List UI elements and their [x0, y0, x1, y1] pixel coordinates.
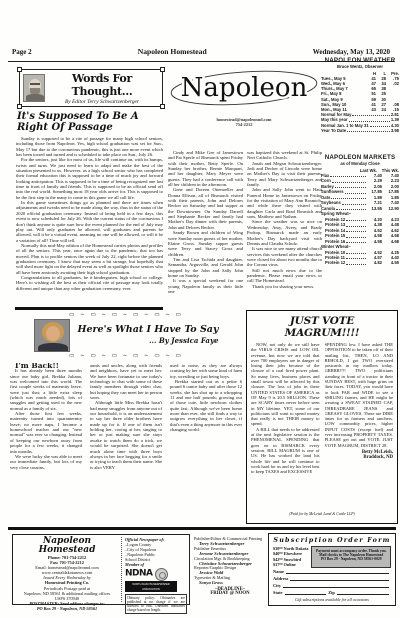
- news-item: Gene and Doreen Ottenoeller and Donna El…: [168, 187, 243, 230]
- weather-table: NAPOLEON WEATHER Bruce Wentz, Observer H…: [321, 57, 399, 133]
- article-body: Sunday is supposed to be a rite of passa…: [16, 136, 163, 304]
- box-corner-ornament: [17, 67, 22, 72]
- masthead-phone: 754-2212: [168, 122, 320, 127]
- markets-subtitle: as of Monday Close: [321, 161, 399, 166]
- ad-col1: NOW, not only do we still have the VIRUS…: [251, 342, 320, 510]
- column-title: Words For Thought...: [45, 72, 159, 98]
- community-news-col2: was baptized this weekend at St. Philip …: [247, 150, 322, 303]
- news-item: It was a special weekend for one young N…: [168, 278, 243, 294]
- paragraph: Normally this mid-May edition of the Hom…: [16, 243, 163, 275]
- obituary-policy: Obituary policy: Obituaries are publishe…: [125, 594, 187, 615]
- weather-title: NAPOLEON WEATHER: [321, 57, 399, 64]
- weather-observer: Bruce Wentz, Observer: [321, 64, 399, 69]
- ndna-logo: NDNA NORTH DAKOTA NEWSPAPER ASSOCIATION: [125, 568, 187, 592]
- state-zip-field: State Zip: [273, 589, 391, 596]
- jessica-feature: ▭ ∼ ▭ ∼ ▭ ∼ ▭ ∼ ▭ ∼ ▭ Here's What I Have…: [10, 312, 242, 515]
- feature-col1: I'm Back!! It has already been three mon…: [10, 363, 82, 515]
- magrum-political-ad: JUST VOTE MAGRUM!!!! NOW, not only do we…: [246, 310, 398, 524]
- paragraph: In this game sometimes things go as plan…: [16, 200, 163, 243]
- paragraph: Congratulations to all graduates, be it …: [16, 275, 163, 291]
- footer-paper-name: Napoleon Homestead: [15, 537, 119, 555]
- newspaper-title: Napoleon Homestead: [138, 47, 207, 56]
- markets-table: NAPOLEON MARKETS as of Monday Close Last…: [321, 154, 399, 266]
- press-association-seal-icon: [155, 568, 168, 581]
- feature-col3: used to noise, as they are always cruisi…: [170, 363, 242, 515]
- news-item: Thank you for sharing your news.: [247, 284, 322, 289]
- feature-byline: ... By Jessica Faye: [78, 336, 219, 347]
- column-byline: By Editor Terry Schwartzenberger: [45, 99, 159, 105]
- ad-title: JUST VOTE MAGRUM!!!!: [251, 315, 393, 339]
- page-header: Page 2 Napoleon Homestead Wednesday, May…: [12, 47, 390, 56]
- editor-photo: [23, 74, 45, 102]
- markets-title: NAPOLEON MARKETS: [321, 154, 399, 161]
- news-item: Jonah and Megan Schwartzenberger, Jodi a…: [247, 161, 322, 188]
- page-number: Page 2: [12, 48, 32, 56]
- city-field: City: [273, 582, 391, 589]
- mustache-border-decoration: ▭ ∼ ▭ ∼ ▭ ∼ ▭ ∼ ▭ ∼ ▭: [10, 353, 242, 359]
- news-item: was baptized this weekend at St. Philip …: [247, 150, 322, 161]
- footer-rule: [8, 527, 396, 530]
- staff-box: Publisher/Editor & Commercial Printing T…: [194, 537, 266, 597]
- jessica-photo: [34, 319, 70, 352]
- mustache-border-decoration: ▭ ∼ ▭ ∼ ▭ ∼ ▭ ∼ ▭ ∼ ▭: [10, 312, 242, 318]
- napoleon-logo-swoosh: Napoleon Napoleon: [168, 62, 320, 112]
- address-field: Address: [273, 575, 391, 582]
- gift-note: Gift subscriptions available for all occ…: [273, 597, 391, 602]
- box-corner-ornament: [160, 67, 165, 72]
- section-divider-rule: [15, 307, 163, 310]
- subscription-order-form: Subscription Order Form $30⁰⁰ North Dako…: [268, 533, 396, 606]
- ad-col2: SPENDING low. I have asked THE OPPOSITIO…: [325, 342, 394, 510]
- box-corner-ornament: [17, 104, 22, 109]
- subscription-title: Subscription Order Form: [273, 536, 391, 544]
- article-title: It's Supposed To Be A Right Of Passage: [17, 111, 163, 133]
- napoleon-logo-text: Napoleon: [181, 73, 308, 103]
- news-item: Still not much news due to the pandemic.…: [247, 268, 322, 284]
- news-item: Cindy and Mike Gee of Jamestown and Pat …: [168, 150, 243, 187]
- issue-date: Wednesday, May 13, 2020: [313, 48, 390, 56]
- news-item: Tim and Lisa Tschida and daughter, Saman…: [168, 257, 243, 278]
- feature-title: Here's What I Have To Say: [78, 325, 219, 336]
- box-corner-ornament: [160, 104, 165, 109]
- subscription-rates: $30⁰⁰ North Dakota $40⁰⁰ Elsewhere $42⁰⁰…: [273, 546, 308, 568]
- ad-paid-for-line: (Paid for by McLeish Land & Cattle LLP): [251, 512, 393, 516]
- masthead-info-box: Napoleon Homestead Phone: 701-754-2212 F…: [12, 534, 190, 605]
- paragraph: For the seniors, just like for most of u…: [16, 157, 163, 200]
- feature-col2: aunts and uncles, along with friends and…: [90, 363, 162, 515]
- words-for-thought-box: Words For Thought... By Editor Terry Sch…: [19, 69, 163, 107]
- napoleon-masthead: Napoleon Napoleon homestead@napoleonnd.c…: [168, 62, 320, 127]
- market-row: Protein 124.824.55: [321, 260, 399, 265]
- news-item: It was nice to see many attend church se…: [247, 246, 322, 267]
- payment-instructions: Payment must accompany order. Thank you.…: [311, 546, 391, 568]
- news-item: Since the weather was so nice on Wednesd…: [247, 219, 322, 246]
- community-news-col1: Cindy and Mike Gee of Jamestown and Pat …: [168, 150, 243, 303]
- news-item: John and Sally John went to Haut Funeral…: [247, 187, 322, 219]
- news-item: Sandy Brown and children of Wing were Su…: [168, 230, 243, 257]
- newspaper-page: Page 2 Napoleon Homestead Wednesday, May…: [0, 0, 400, 618]
- paragraph: Sunday is supposed to be a rite of passa…: [16, 136, 163, 157]
- ad-signature: Betty McLeish, Braddock, ND: [325, 450, 394, 461]
- name-field: Name: [273, 568, 391, 575]
- weather-summary-row: Year To Date3.98: [321, 128, 399, 133]
